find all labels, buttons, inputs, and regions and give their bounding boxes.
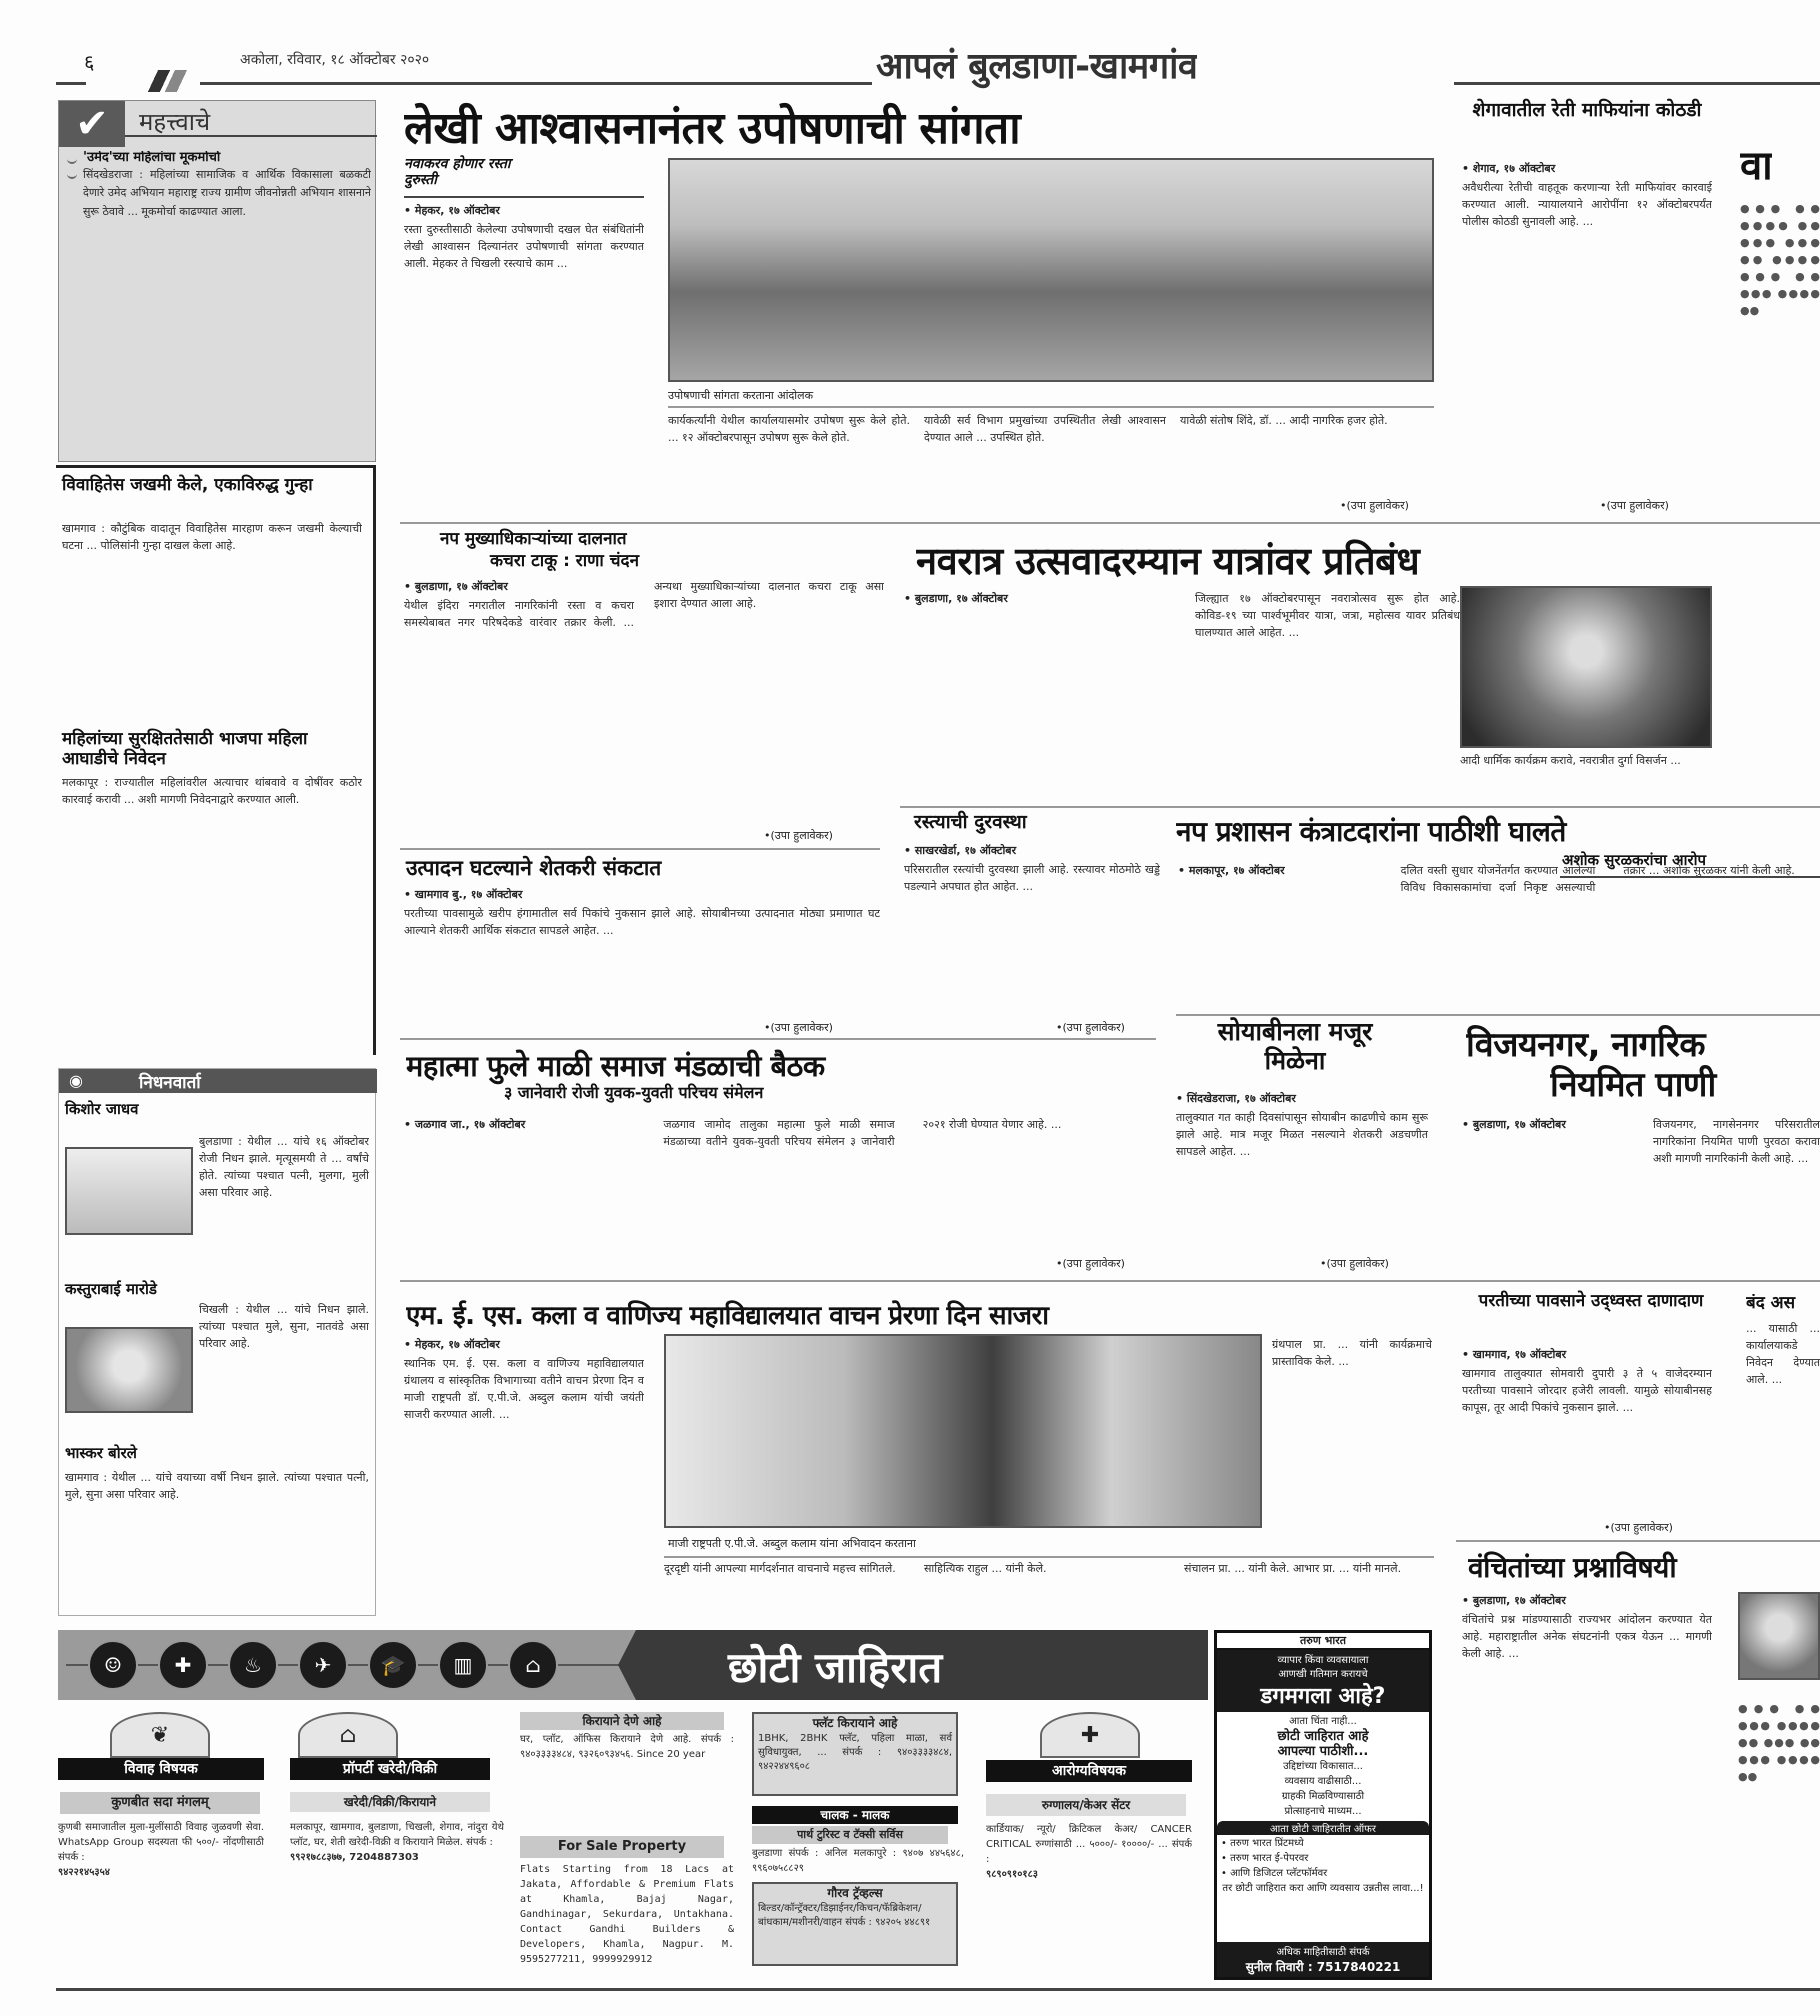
obituaries-header: ◉ निधनवार्ता	[59, 1069, 377, 1093]
promo-top: तरुण भारत	[1217, 1633, 1429, 1650]
ad-category-property: प्रॉपर्टी खरेदी/विक्री	[290, 1758, 490, 1780]
ad-body-rent: घर, प्लॉट, ऑफिस किरायाने देणे आहे. संपर्…	[520, 1732, 734, 1824]
hospitality-icon: ♨	[228, 1640, 278, 1690]
rain-text: खामगाव तालुक्यात सोमवारी दुपारी ३ ते ५ व…	[1462, 1367, 1712, 1414]
travel-icon: ✈	[298, 1640, 348, 1690]
row4-rule	[400, 1280, 1820, 1282]
highlights-title-rule	[125, 135, 377, 137]
deprived-dateline: • बुलडाणा, १७ ऑक्टोबर	[1462, 1592, 1712, 1609]
promo-pitch-4: उद्दिष्टांच्या विकासात...	[1217, 1759, 1429, 1774]
lead-body-left-text: रस्ता दुरुस्तीसाठी केलेल्या उपोषणाची दखल…	[404, 223, 644, 270]
row2-rule	[400, 522, 1820, 524]
farmers-credit: •(उपा हुलावेकर)	[764, 1020, 833, 1035]
lead-dateline: • मेहकर, १७ ऑक्टोबर	[404, 202, 644, 219]
mali-dateline: • जळगाव जा., १७ ऑक्टोबर	[404, 1116, 635, 1133]
farmers-headline: उत्पादन घटल्याने शेतकरी संकटात	[406, 856, 661, 880]
highlights-headline: 'उमेद'च्या महिलांचा मूकमोर्चा	[65, 151, 371, 166]
classifieds-banner: ☺ ✚ ♨ ✈ 🎓 ▥ ⌂ छोटी जाहिरात	[58, 1630, 1208, 1700]
sidebar-story2-body: मलकापूर : राज्यातील महिलांवरील अत्याचार …	[62, 774, 362, 1044]
sand-mafia-body: • शेगाव, १७ ऑक्टोबर अवैधरीत्या रेतीची वा…	[1462, 160, 1712, 500]
promo-contact-title: अधिक माहितीसाठी संपर्क	[1217, 1944, 1429, 1958]
lead-col-2: यावेळी सर्व विभाग प्रमुखांच्या उपस्थितीत…	[924, 412, 1166, 512]
highlights-title: महत्त्वाचे	[139, 105, 210, 138]
ad-body-marriage-text: कुणबी समाजातील मुला-मुलींसाठी विवाह जुळव…	[58, 1822, 264, 1863]
vijaynagar-body: • बुलडाणा, १७ ऑक्टोबर विजयनगर, नागसेननगर…	[1462, 1116, 1820, 1274]
promo-line1: व्यापार किंवा व्यवसायाला	[1217, 1652, 1429, 1666]
deprived-portrait-photo	[1738, 1592, 1820, 1680]
ad-body-travels: बिल्डर/कॉन्ट्रॅक्टर/डिझाईनर/किचन/फॅब्रिक…	[754, 1902, 956, 1964]
health-emblem-icon: ✚	[1040, 1712, 1140, 1758]
ad-category-flat: फ्लॅट किरायाने आहे	[754, 1714, 956, 1732]
sidebar-story2-headline: महिलांच्या सुरक्षिततेसाठी भाजपा महिला आघ…	[62, 730, 362, 769]
promo-option-2: • तरुण भारत ई-पेपरवर	[1221, 1851, 1425, 1866]
promo-cta: तर छोटी जाहिरात करा आणि व्यवसाय उन्नतीस …	[1221, 1881, 1425, 1896]
ceo-headline-1: नप मुख्याधिकाऱ्यांच्या दालनात	[440, 530, 627, 550]
mes-photo-caption: माजी राष्ट्रपती ए.पी.जे. अब्दुल कलाम यां…	[668, 1536, 1258, 1551]
farmers-body: • खामगाव बु., १७ ऑक्टोबर परतीच्या पावसाम…	[404, 886, 880, 1034]
medical-icon: ✚	[158, 1640, 208, 1690]
vijaynagar-text: विजयनगर, नागसेननगर परिसरातील नागरिकांना …	[1653, 1118, 1820, 1165]
ad-body-property: मलकापूर, खामगाव, बुलडाणा, चिखली, शेगाव, …	[290, 1820, 504, 1980]
masthead-slash-mark	[140, 70, 190, 92]
deprived-text: वंचितांचे प्रश्न मांडण्यासाठी राज्यभर आं…	[1462, 1613, 1712, 1660]
mes-dateline: • मेहकर, १७ ऑक्टोबर	[404, 1336, 644, 1353]
soybean-headline: सोयाबीनला मजूर मिळेना	[1190, 1018, 1400, 1076]
promo-option-1: • तरुण भारत प्रिंटमध्ये	[1221, 1836, 1425, 1851]
road-text: परिसरातील रस्त्यांची दुरवस्था झाली आहे. …	[904, 863, 1160, 893]
lead-col-1: कार्यकर्त्यांनी येथील कार्यालयासमोर उपोष…	[668, 412, 910, 512]
road-headline: रस्त्याची दुरवस्था	[914, 812, 1027, 834]
ad-subtitle-health: रुग्णालय/केअर सेंटर	[986, 1794, 1186, 1816]
sidebar-story1-headline: विवाहितेस जखमी केले, एकाविरुद्ध गुन्हा	[62, 476, 352, 496]
contractors-bottom-rule	[1176, 1014, 1820, 1016]
ad-contact-marriage: ९४२२१४५३५४	[58, 1865, 264, 1880]
contractors-text: दलित वस्ती सुधार योजनेंतर्गत करण्यात आले…	[1401, 864, 1795, 894]
mes-event-photo	[664, 1334, 1262, 1528]
lead-col-3: यावेळी संतोष शिंदे, डॉ. ... आदी नागरिक ह…	[1180, 412, 1422, 492]
mes-headline: एम. ई. एस. कला व वाणिज्य महाविद्यालयात व…	[406, 1296, 1436, 1332]
page-bottom-rule	[56, 1988, 1820, 1991]
navratri-text: जिल्ह्यात १७ ऑक्टोबरपासून नवरात्रोत्सव स…	[1195, 592, 1460, 639]
ad-body-health-text: कार्डियाक/ न्यूरो/ क्रिटिकल केअर/ CANCER…	[986, 1824, 1192, 1865]
ad-body-health: कार्डियाक/ न्यूरो/ क्रिटिकल केअर/ CANCER…	[986, 1822, 1192, 1982]
ad-category-driver: चालक - मालक	[752, 1806, 958, 1824]
ad-subtitle-travels: गौरव ट्रॅव्हल्स	[754, 1884, 956, 1902]
ad-body-taxi: बुलडाणा संपर्क : अनिल मलकापुरे : ९४०७ ४४…	[752, 1846, 964, 1878]
lamp-icon: ◉	[69, 1071, 83, 1090]
masthead-rule-right	[1454, 82, 1820, 85]
ad-body-for-sale: Flats Starting from 18 Lacs at Jakata, A…	[520, 1862, 734, 1982]
obit-text-3: खामगाव : येथील ... यांचे वयाच्या वर्षी न…	[65, 1469, 369, 1607]
obituaries-title: निधनवार्ता	[139, 1070, 201, 1093]
masthead-rule-left	[56, 82, 86, 85]
lead-body-left: • मेहकर, १७ ऑक्टोबर रस्ता दुरुस्तीसाठी क…	[404, 202, 644, 512]
ad-body-property-text: मलकापूर, खामगाव, बुलडाणा, चिखली, शेगाव, …	[290, 1822, 504, 1848]
obit-text-1: बुलडाणा : येथील ... यांचे १६ ऑक्टोबर रोज…	[199, 1133, 369, 1253]
promo-pitch-6: ग्राहकी मिळविण्यासाठी	[1217, 1789, 1429, 1804]
ad-subtitle-for-sale: For Sale Property	[520, 1836, 724, 1858]
cut-headline: वा	[1740, 136, 1772, 191]
obit-name-1: किशोर जाधव	[65, 1101, 138, 1118]
lead-photo-caption: उपोषणाची सांगता करताना आंदोलक	[668, 388, 1434, 403]
band-body: ... यासाठी ... कार्यालयाकडे निवेदन देण्य…	[1746, 1320, 1820, 1530]
rain-body: • खामगाव, १७ ऑक्टोबर खामगाव तालुक्यात सो…	[1462, 1346, 1712, 1524]
mali-body: • जळगाव जा., १७ ऑक्टोबर जळगाव जामोद तालु…	[404, 1116, 1154, 1266]
ad-flat-box: फ्लॅट किरायाने आहे 1BHK, 2BHK फ्लॅट, पहि…	[752, 1712, 958, 1796]
navratri-dateline: • बुलडाणा, १७ ऑक्टोबर	[904, 590, 1169, 607]
road-dateline: • साखरखेर्डा, १७ ऑक्टोबर	[904, 842, 1160, 859]
rain-bottom-rule	[1456, 1540, 1820, 1542]
promo-pitch-1: आता चिंता नाही...	[1217, 1714, 1429, 1729]
soybean-body: • सिंदखेडराजा, १७ ऑक्टोबर तालुक्यात गत क…	[1176, 1090, 1428, 1262]
farmers-text: परतीच्या पावसामुळे खरीप हंगामातील सर्व प…	[404, 907, 880, 937]
mali-headline: महात्मा फुले माळी समाज मंडळाची बैठक	[406, 1046, 1156, 1085]
rain-headline: परतीच्या पावसाने उद्ध्वस्त दाणादाण	[1466, 1292, 1716, 1312]
farmers-dateline: • खामगाव बु., १७ ऑक्टोबर	[404, 886, 880, 903]
masthead-rule	[200, 82, 872, 85]
mes-col-3: संचालन प्रा. ... यांनी केले. आभार प्रा. …	[1184, 1560, 1434, 1612]
section-title: आपलं बुलडाणा-खामगांव	[876, 40, 1197, 89]
rain-dateline: • खामगाव, १७ ऑक्टोबर	[1462, 1346, 1712, 1363]
obit-photo-1	[65, 1147, 193, 1235]
cut-column: ●●● ●● ●●●● ●● ●●● ●●● ●● ●●●● ●●● ●● ●●…	[1740, 200, 1820, 500]
property-emblem-icon: ⌂	[298, 1712, 398, 1758]
marriage-emblem-icon: ❦	[110, 1712, 210, 1758]
obit-name-3: भास्कर बोरले	[65, 1445, 137, 1462]
ad-body-flat: 1BHK, 2BHK फ्लॅट, पहिला माळा, सर्व सुविध…	[754, 1732, 956, 1794]
page-number: ६	[84, 48, 94, 75]
mali-credit: •(उपा हुलावेकर)	[1056, 1256, 1125, 1271]
ceo-dateline: • बुलडाणा, १७ ऑक्टोबर	[404, 578, 634, 595]
promo-contact: सुनील तिवारी : 7517840221	[1217, 1958, 1429, 1975]
ad-contact-property: ९९२१७८८३७७, 7204887303	[290, 1850, 504, 1865]
promo-pitch-7: प्रोत्साहनाचे माध्यम...	[1217, 1804, 1429, 1819]
business-icon: ▥	[438, 1640, 488, 1690]
highlights-text: सिंदखेडराजा : महिलांच्या सामाजिक व आर्थि…	[65, 166, 371, 222]
deprived-cut-column: ●●● ●● ●●● ●●●● ●● ●●● ●● ●●● ●●●● ●●	[1738, 1700, 1820, 1980]
education-icon: 🎓	[368, 1640, 418, 1690]
promo-contact-block: अधिक माहितीसाठी संपर्क सुनील तिवारी : 75…	[1217, 1942, 1429, 1977]
road-credit: •(उपा हुलावेकर)	[1056, 1020, 1125, 1035]
navratri-headline: नवरात्र उत्सवादरम्यान यात्रांवर प्रतिबंध	[916, 534, 1820, 586]
dateline: अकोला, रविवार, १८ ऑक्टोबर २०२०	[240, 50, 429, 69]
lead-headline: लेखी आश्वासनानंतर उपोषणाची सांगता	[404, 96, 1424, 156]
ad-contact-health: ९८९०९१०१८३	[986, 1867, 1192, 1882]
soybean-dateline: • सिंदखेडराजा, १७ ऑक्टोबर	[1176, 1090, 1428, 1107]
ad-subtitle-taxi: पार्थ टुरिस्ट व टॅक्सी सर्विस	[752, 1826, 948, 1844]
mali-subhead: ३ जानेवारी रोजी युवक-युवती परिचय संमेलन	[504, 1084, 763, 1102]
rain-credit: •(उपा हुलावेकर)	[1604, 1520, 1673, 1535]
promo-pitch-5: व्यवसाय वाढीसाठी...	[1217, 1774, 1429, 1789]
promo-options-title: आता छोटी जाहिरातीत ऑफर	[1217, 1821, 1429, 1835]
navratri-caption: आदी धार्मिक कार्यक्रम करावे, नवरात्रीत द…	[1460, 752, 1712, 804]
navratri-bottom-rule	[900, 806, 1820, 808]
road-body: • साखरखेर्डा, १७ ऑक्टोबर परिसरातील रस्त्…	[904, 842, 1160, 1032]
obit-text-2: चिखली : येथील ... यांचे निधन झाले. त्यां…	[199, 1301, 369, 1431]
lead-photo	[668, 158, 1434, 382]
promo-box: तरुण भारत व्यापार किंवा व्यवसायाला आणखी …	[1214, 1630, 1432, 1980]
ceo-credit: •(उपा हुलावेकर)	[764, 828, 833, 843]
navratri-deity-photo	[1460, 586, 1712, 748]
farmers-bottom-rule	[400, 1038, 1156, 1040]
contractors-headline: नप प्रशासन कंत्राटदारांना पाठीशी घालते	[1176, 812, 1820, 850]
ad-travels-box: गौरव ट्रॅव्हल्स बिल्डर/कॉन्ट्रॅक्टर/डिझा…	[752, 1882, 958, 1966]
lead-credit: •(उपा हुलावेकर)	[1340, 498, 1409, 513]
vijaynagar-dateline: • बुलडाणा, १७ ऑक्टोबर	[1462, 1116, 1629, 1133]
obituaries-box: ◉ निधनवार्ता किशोर जाधव बुलडाणा : येथील …	[58, 1068, 376, 1616]
promo-pitch: आता चिंता नाही... छोटी जाहिरात आहे आपल्य…	[1217, 1712, 1429, 1821]
contractors-dateline: • मलकापूर, १७ ऑक्टोबर	[1178, 862, 1373, 879]
lead-sidebar-rule	[404, 196, 644, 198]
marriage-icon: ☺	[88, 1640, 138, 1690]
sand-mafia-headline: शेगावातील रेती माफियांना कोठडी	[1462, 100, 1712, 122]
obit-photo-2	[65, 1327, 193, 1413]
ad-category-rent: किरायाने देणे आहे	[520, 1712, 724, 1730]
mes-col-1: दूरदृष्टी यांनी आपल्या मार्गदर्शनात वाचन…	[664, 1560, 904, 1612]
highlights-body: 'उमेद'च्या महिलांचा मूकमोर्चा सिंदखेडराज…	[65, 151, 371, 457]
mes-col-2: साहित्यिक राहुल ... यांनी केले.	[924, 1560, 1164, 1612]
highlights-box: ✔ महत्त्वाचे 'उमेद'च्या महिलांचा मूकमोर्…	[58, 100, 376, 462]
promo-options: • तरुण भारत प्रिंटमध्ये • तरुण भारत ई-पे…	[1217, 1835, 1429, 1897]
soybean-credit: •(उपा हुलावेकर)	[1320, 1256, 1389, 1271]
ceo-bottom-rule	[400, 848, 880, 850]
promo-pitch-3: आपल्या पाठीशी...	[1217, 1744, 1429, 1759]
ad-category-health: आरोग्यविषयक	[986, 1760, 1192, 1782]
lead-sidebar-headline: नवाकरव होणार रस्ता दुरुस्ती	[404, 156, 524, 188]
ad-body-marriage: कुणबी समाजातील मुला-मुलींसाठी विवाह जुळव…	[58, 1820, 264, 1980]
sand-mafia-credit: •(उपा हुलावेकर)	[1600, 498, 1669, 513]
ad-subtitle-marriage: कुणबीत सदा मंगलम्	[60, 1792, 260, 1814]
contractors-body: • मलकापूर, १७ ऑक्टोबर दलित वस्ती सुधार य…	[1178, 862, 1818, 1012]
promo-option-3: • आणि डिजिटल प्लॅटफॉर्मवर	[1221, 1866, 1425, 1881]
sand-mafia-dateline: • शेगाव, १७ ऑक्टोबर	[1462, 160, 1712, 177]
mali-text: जळगाव जामोद तालुका महात्मा फुले माळी समा…	[663, 1118, 1061, 1148]
ad-category-marriage: विवाह विषयक	[58, 1758, 264, 1780]
mes-text-left: स्थानिक एम. ई. एस. कला व वाणिज्य महाविद्…	[404, 1357, 644, 1421]
lead-caption-rule	[668, 406, 1434, 408]
obit-name-2: कस्तुराबाई मारोडे	[65, 1281, 157, 1298]
ad-subtitle-property: खरेदी/विक्री/किरायाने	[290, 1792, 490, 1812]
band-headline: बंद अस	[1746, 1294, 1820, 1314]
promo-line2: आणखी गतिमान करायचे	[1217, 1666, 1429, 1680]
ceo-body: • बुलडाणा, १७ ऑक्टोबर येथील इंदिरा नगरात…	[404, 578, 884, 842]
mes-caption-rule	[664, 1556, 1434, 1558]
mes-body-right: ग्रंथपाल प्रा. ... यांनी कार्यक्रमाचे प्…	[1272, 1336, 1432, 1548]
vijaynagar-headline-2: नियमित पाणी	[1550, 1060, 1820, 1106]
deprived-headline: वंचितांच्या प्रश्नाविषयी	[1468, 1548, 1820, 1586]
left-column-box: विवाहितेस जखमी केले, एकाविरुद्ध गुन्हा ख…	[56, 465, 376, 1055]
promo-pitch-2: छोटी जाहिरात आहे	[1217, 1729, 1429, 1744]
promo-dark-header: व्यापार किंवा व्यवसायाला आणखी गतिमान करा…	[1217, 1650, 1429, 1712]
deprived-body: • बुलडाणा, १७ ऑक्टोबर वंचितांचे प्रश्न म…	[1462, 1592, 1712, 1982]
mes-body-left: • मेहकर, १७ ऑक्टोबर स्थानिक एम. ई. एस. क…	[404, 1336, 644, 1596]
promo-headline: डगमगला आहे?	[1217, 1680, 1429, 1710]
ceo-headline-2: कचरा टाकू : राणा चंदन	[490, 552, 639, 572]
newspaper-page: ६ अकोला, रविवार, १८ ऑक्टोबर २०२० आपलं बु…	[0, 0, 1820, 2016]
soybean-text: तालुक्यात गत काही दिवसांपासून सोयाबीन का…	[1176, 1111, 1428, 1158]
checkmark-icon: ✔	[59, 101, 125, 147]
navratri-body: • बुलडाणा, १७ ऑक्टोबर जिल्ह्यात १७ ऑक्टो…	[904, 590, 1460, 800]
sidebar-story1-body: खामगाव : कौटुंबिक वादातून विवाहितेस मारह…	[62, 520, 362, 720]
classifieds-title: छोटी जाहिरात	[728, 1638, 942, 1695]
sand-mafia-text: अवैधरीत्या रेतीची वाहतूक करणाऱ्या रेती म…	[1462, 181, 1712, 228]
property-icon: ⌂	[508, 1640, 558, 1690]
